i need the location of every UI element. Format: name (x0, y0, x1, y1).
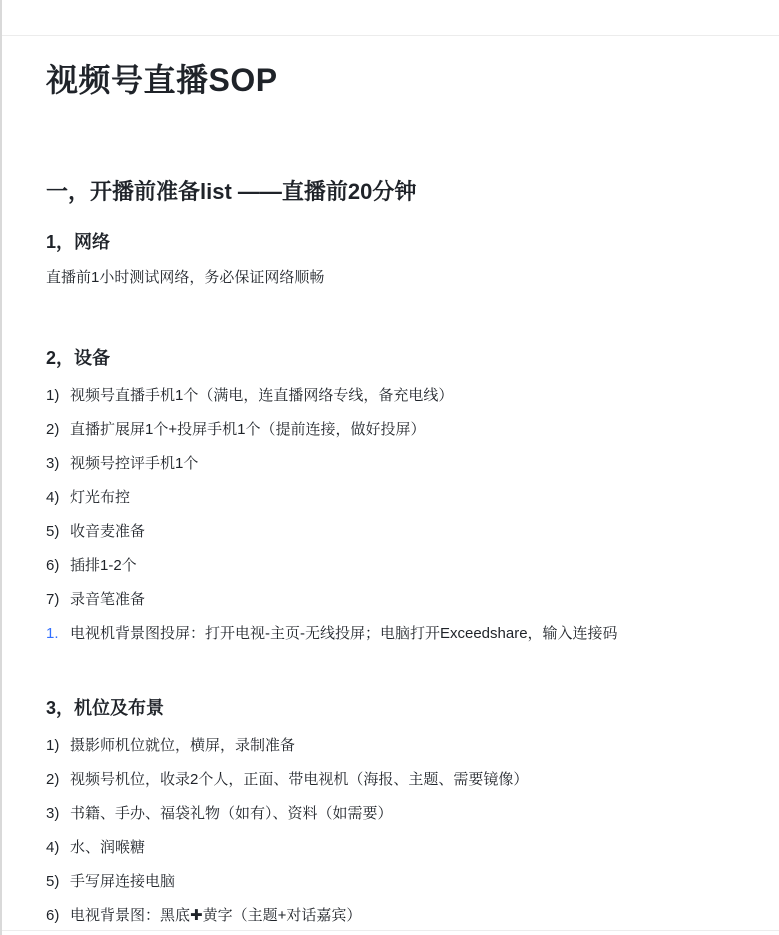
document-page: 视频号直播SOP 一，开播前准备list ——直播前20分钟 1，网络 直播前1… (0, 0, 779, 935)
document-content: 视频号直播SOP 一，开播前准备list ——直播前20分钟 1，网络 直播前1… (2, 58, 779, 928)
list-item-text: 直播扩展屏1个+投屏手机1个（提前连接，做好投屏） (70, 418, 425, 442)
list-item: 5) 手写屏连接电脑 (46, 870, 735, 894)
list-item: 2) 视频号机位，收录2个人，正面、带电视机（海报、主题、需要镜像） (46, 768, 735, 792)
header-bar (2, 0, 779, 36)
bottom-divider (2, 930, 779, 931)
list-item: 5) 收音麦准备 (46, 520, 735, 544)
list-item-text: 手写屏连接电脑 (70, 870, 175, 894)
list-marker: 6) (46, 904, 68, 928)
list-item: 4) 灯光布控 (46, 486, 735, 510)
list-marker: 5) (46, 520, 68, 544)
list-item: 1) 摄影师机位就位，横屏，录制准备 (46, 734, 735, 758)
list-marker: 5) (46, 870, 68, 894)
list-item-text: 录音笔准备 (70, 588, 145, 612)
list-item: 7) 录音笔准备 (46, 588, 735, 612)
list-marker: 4) (46, 486, 68, 510)
doc-title: 视频号直播SOP (46, 58, 735, 102)
list-item-text: 书籍、手办、福袋礼物（如有）、资料（如需要） (70, 802, 393, 826)
list-marker: 3) (46, 802, 68, 826)
list-item-text: 摄影师机位就位，横屏，录制准备 (70, 734, 295, 758)
ordered-list-item: 1. 电视机背景图投屏：打开电视-主页-无线投屏；电脑打开Exceedshare… (46, 622, 735, 646)
subsection-heading-equipment: 2，设备 (46, 344, 735, 372)
list-item-text: 灯光布控 (70, 486, 130, 510)
list-item: 3) 书籍、手办、福袋礼物（如有）、资料（如需要） (46, 802, 735, 826)
equipment-list: 1) 视频号直播手机1个（满电，连直播网络专线，备充电线） 2) 直播扩展屏1个… (46, 384, 735, 646)
list-item-text: 视频号直播手机1个（满电，连直播网络专线，备充电线） (70, 384, 453, 408)
ordered-list-marker: 1. (46, 622, 68, 646)
list-marker: 7) (46, 588, 68, 612)
section-heading-1: 一，开播前准备list ——直播前20分钟 (46, 176, 735, 208)
ordered-list-item-text: 电视机背景图投屏：打开电视-主页-无线投屏；电脑打开Exceedshare，输入… (70, 622, 618, 646)
list-item-text: 收音麦准备 (70, 520, 145, 544)
subsection-heading-network: 1，网络 (46, 228, 735, 256)
list-item: 3) 视频号控评手机1个 (46, 452, 735, 476)
list-marker: 1) (46, 384, 68, 408)
network-paragraph: 直播前1小时测试网络，务必保证网络顺畅 (46, 266, 735, 290)
list-item: 2) 直播扩展屏1个+投屏手机1个（提前连接，做好投屏） (46, 418, 735, 442)
list-marker: 6) (46, 554, 68, 578)
setup-list: 1) 摄影师机位就位，横屏，录制准备 2) 视频号机位，收录2个人，正面、带电视… (46, 734, 735, 928)
list-marker: 2) (46, 418, 68, 442)
list-item: 4) 水、润喉糖 (46, 836, 735, 860)
list-item-text: 视频号控评手机1个 (70, 452, 198, 476)
list-item-text: 水、润喉糖 (70, 836, 145, 860)
list-item: 6) 插排1-2个 (46, 554, 735, 578)
list-marker: 1) (46, 734, 68, 758)
list-item: 1) 视频号直播手机1个（满电，连直播网络专线，备充电线） (46, 384, 735, 408)
list-marker: 3) (46, 452, 68, 476)
list-item-text: 插排1-2个 (70, 554, 137, 578)
list-item-text: 视频号机位，收录2个人，正面、带电视机（海报、主题、需要镜像） (70, 768, 528, 792)
list-item: 6) 电视背景图：黑底✚黄字（主题+对话嘉宾） (46, 904, 735, 928)
list-marker: 2) (46, 768, 68, 792)
list-marker: 4) (46, 836, 68, 860)
list-item-text: 电视背景图：黑底✚黄字（主题+对话嘉宾） (70, 904, 361, 928)
subsection-heading-setup: 3，机位及布景 (46, 694, 735, 722)
